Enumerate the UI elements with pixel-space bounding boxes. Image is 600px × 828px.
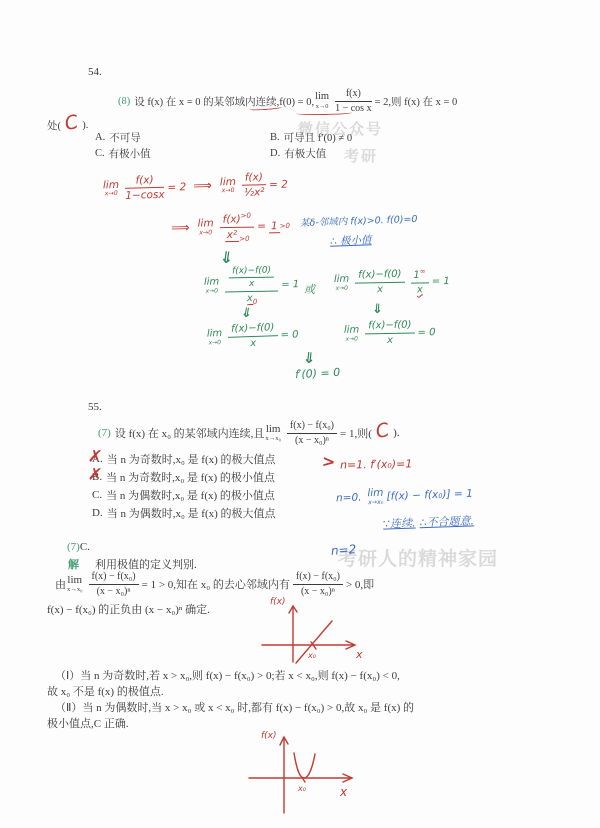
q55-number: 55.: [88, 401, 102, 413]
q55-option-d: D.当 n 为偶数时,x₀ 是 f(x) 的极大值点: [92, 505, 276, 521]
sketch-graph-odd-n: f(x) x x₀: [252, 592, 372, 672]
note-blue-contradiction: ∵连续. ∴不合题意.: [383, 512, 475, 531]
work-or: 或: [304, 281, 315, 297]
solution-header: (7) C.: [67, 541, 90, 553]
q55-stem: (7) 设 f(x) 在 x₀ 的某邻域内连续,且 limx→x₀ f(x) −…: [98, 417, 400, 449]
function-curve: [294, 753, 315, 778]
note-blue-neighborhood: 某δ-邻域内 f(x)>0. f(0)=0: [300, 211, 418, 229]
work-frac-3: f(x)>0 x²>0: [219, 212, 254, 243]
q54-option-a: A.不可导: [95, 130, 141, 145]
q55-option-a: A.当 n 为奇数时,x₀ 是 f(x) 的极大值点: [92, 451, 276, 467]
down-arrow-icon: ⇓: [219, 247, 235, 268]
q54-option-b: B.可导且 f′(0) ≠ 0: [270, 130, 352, 145]
q54-tag: (8): [118, 96, 130, 107]
work-green-line1-right: limx→0 f(x)−f(0)x 1∞ x = 1: [333, 267, 450, 297]
graph1-ylabel: f(x): [270, 597, 286, 607]
work-nested-frac: f(x)−f(0) x x0: [225, 266, 279, 307]
x0-tick: [303, 779, 305, 782]
q55-lim: limx→x₀: [265, 424, 281, 443]
q54-stem-line1: (8) 设 f(x) 在 x = 0 的某邻域内连续,f(0) = 0, lim…: [118, 86, 457, 116]
solution-para4a: （Ⅱ）当 n 为偶数时,当 x > x₀ 或 x < x₀ 时,都有 f(x) …: [55, 699, 414, 715]
note-blue-n2: n=2: [331, 542, 357, 558]
watermark-home: 考研人的精神家园: [338, 544, 498, 571]
work-frac-2: f(x)½x²: [242, 171, 267, 199]
q54-number: 54.: [88, 66, 102, 78]
implies-icon: ⟹: [193, 179, 212, 194]
graph2-ylabel: f(x): [261, 731, 277, 741]
down-arrow-icon: ⇓: [302, 348, 316, 367]
q54-option-d: D.有极大值: [270, 146, 326, 161]
red-angle-mark: >: [321, 452, 336, 472]
q55-stem-post: = 1,则(: [340, 425, 372, 441]
work-red-line1: limx→0 f(x)1−cosx = 2 ⟹ limx→0 f(x)½x² =…: [102, 171, 289, 203]
down-arrow-icon: ⇓: [371, 302, 383, 318]
q54-stem-pre: 设 f(x) 在 x = 0 的某邻域内连续,f(0) = 0,: [134, 94, 314, 109]
graph2-x0-label: x₀: [297, 784, 307, 793]
graph1-xlabel: x: [355, 648, 363, 661]
q54-option-c: C.有极小值: [95, 146, 151, 161]
q55-option-b: B.当 n 为奇数时,x₀ 是 f(x) 的极小值点: [92, 469, 275, 485]
work-frac-1: f(x)1−cosx: [125, 174, 165, 202]
solution-para4b: 极小值点,C 正确.: [47, 715, 129, 731]
document-page: 微信公众号 考研 考研人的精神家园 54. (8) 设 f(x) 在 x = 0…: [0, 0, 600, 828]
solution-para2: f(x) − f(x₀) 的正负由 (x − x₀)ⁿ 确定.: [47, 601, 210, 617]
solution-para3b: 故 x₀ 不是 f(x) 的极值点.: [47, 683, 164, 699]
work-green-line2-right: limx→0 f(x)−f(0)x = 0: [343, 319, 436, 347]
note-blue-minimum: ∴ 极小值: [330, 232, 372, 248]
graph1-x0-label: x₀: [307, 651, 317, 660]
cross-out-icon: ✗: [87, 464, 103, 485]
note-red-n1: n=1. f′(x₀)=1: [340, 457, 412, 471]
q54-stem-post: = 2,则 f(x) 在 x = 0: [375, 94, 458, 109]
q54-stem-line2: 处( C ).: [47, 113, 88, 137]
q55-stem-pre: 设 f(x) 在 x₀ 的某邻域内连续,且: [115, 425, 265, 441]
solution-para3a: （Ⅰ）当 n 为奇数时,若 x > x₀,则 f(x) − f(x₀) > 0;…: [55, 667, 400, 683]
work-green-line1-left: limx→0 f(x)−f(0) x x0 = 1: [203, 265, 300, 306]
work-green-conclusion: f′(0) = 0: [295, 366, 341, 381]
q55-option-c: C.当 n 为偶数时,x₀ 是 f(x) 的极小值点: [92, 487, 275, 503]
graph2-xlabel: x: [339, 785, 348, 799]
implies-icon: ⟹: [171, 221, 190, 236]
down-arrow-icon: ⇓: [240, 305, 253, 322]
q55-handwritten-answer: C: [374, 420, 391, 441]
q55-fraction: f(x) − f(x₀) (x − x₀)ⁿ: [287, 420, 337, 446]
work-red-line2: ⟹ limx→0 f(x)>0 x²>0 = 1 >0: [171, 211, 291, 244]
work-green-line2-left: limx→0 f(x)−f(0)x = 0: [206, 321, 299, 350]
note-blue-n0: n=0. limx→x₀ [f(x) − f(x₀)] = 1: [336, 485, 473, 508]
sketch-graph-even-n: f(x) x x₀: [237, 726, 367, 821]
watermark-kaoyan-partial: 考研: [344, 145, 378, 166]
q54-handwritten-answer: C: [63, 112, 80, 133]
q55-tag: (7): [98, 427, 111, 439]
q54-lim: limx→0: [315, 92, 329, 110]
